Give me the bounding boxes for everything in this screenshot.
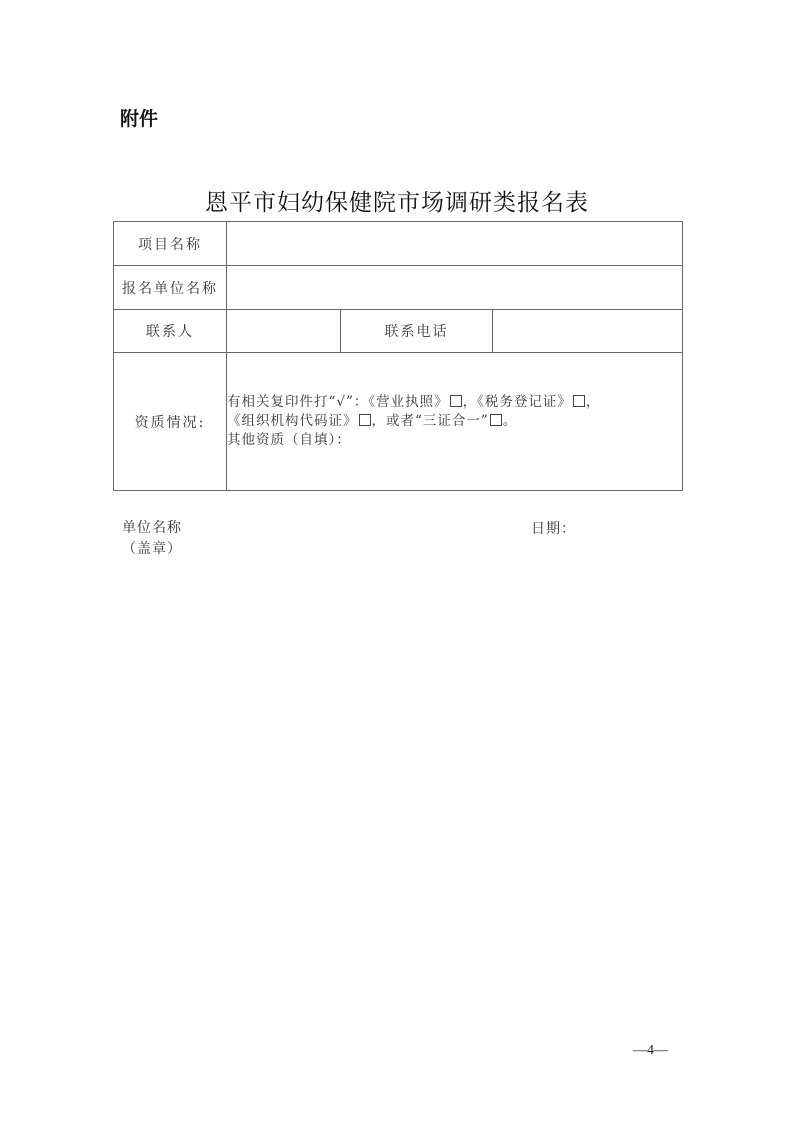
checkbox-tax-registration[interactable] [573, 395, 585, 407]
row-contact: 联系人 联系电话 [114, 310, 683, 353]
checkbox-business-license[interactable] [450, 395, 462, 407]
doc-org-code: 《组织机构代码证》 [227, 413, 358, 429]
unit-signature-block: 单位名称 （盖章） [122, 518, 182, 560]
contact-phone-label: 联系电话 [341, 310, 493, 353]
qualifications-field: 有相关复印件打“√”：《营业执照》，《税务登记证》， 《组织机构代码证》，或者“… [227, 353, 683, 491]
doc-tax-registration: 《税务登记证》 [477, 394, 572, 410]
contact-phone-field[interactable] [493, 310, 683, 353]
page-title: 恩平市妇幼保健院市场调研类报名表 [0, 184, 794, 217]
checkbox-three-in-one[interactable] [490, 414, 502, 426]
checkbox-org-code[interactable] [359, 414, 371, 426]
project-name-field[interactable] [227, 222, 683, 266]
unit-name-label: 单位名称 [122, 518, 182, 539]
registration-form-table: 项目名称 报名单位名称 联系人 联系电话 资质情况: 有相关复印件打“√”：《营… [113, 221, 683, 491]
page-number: —4— [633, 1043, 668, 1059]
qualifications-instruction: 有相关复印件打“√”： [227, 394, 368, 410]
contact-person-label: 联系人 [114, 310, 227, 353]
attachment-label: 附件 [120, 104, 158, 131]
separator: ，或者 [372, 413, 416, 429]
row-project-name: 项目名称 [114, 222, 683, 266]
project-name-label: 项目名称 [114, 222, 227, 266]
applicant-unit-field[interactable] [227, 266, 683, 310]
seal-label: （盖章） [122, 539, 182, 560]
date-label: 日期： [531, 518, 576, 538]
separator: ， [586, 394, 601, 410]
doc-three-in-one: “三证合一” [415, 413, 489, 429]
doc-business-license: 《营业执照》 [368, 394, 448, 410]
contact-person-field[interactable] [227, 310, 341, 353]
separator: ， [463, 394, 478, 410]
row-qualifications: 资质情况: 有相关复印件打“√”：《营业执照》，《税务登记证》， 《组织机构代码… [114, 353, 683, 491]
qualifications-label: 资质情况: [114, 353, 227, 491]
row-applicant-unit: 报名单位名称 [114, 266, 683, 310]
applicant-unit-label: 报名单位名称 [114, 266, 227, 310]
separator: 。 [503, 413, 518, 429]
other-qualifications-label: 其他资质（自填）： [227, 432, 351, 448]
